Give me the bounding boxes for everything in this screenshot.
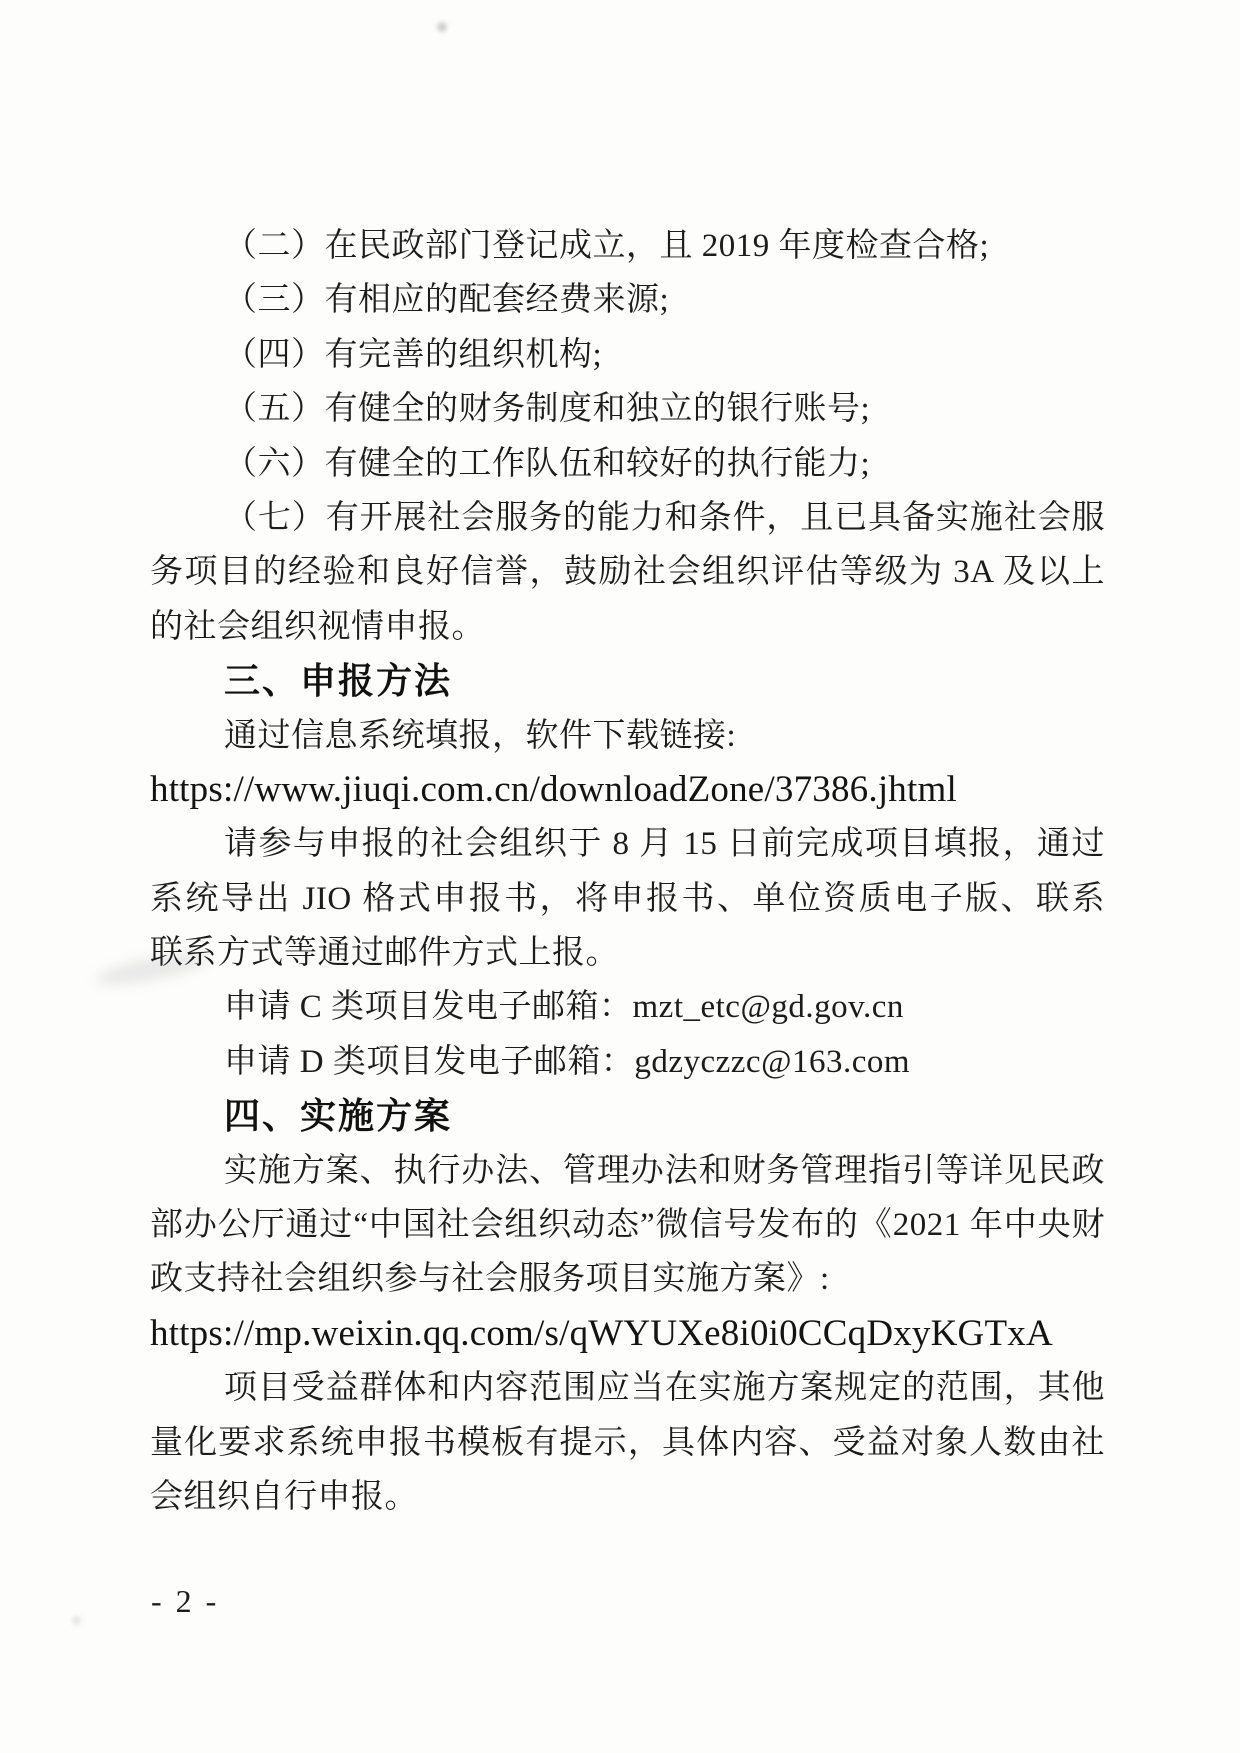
text-line: 的社会组织视情申报。 [150,600,1105,654]
page-number: - 2 - [151,1583,219,1619]
text-line: 申请 C 类项目发电子邮箱：mzt_etc@gd.gov.cn [150,980,1105,1034]
text-line: 系统导出 JIO 格式申报书，将申报书、单位资质电子版、联系人、 [150,872,1105,926]
url-line: https://mp.weixin.qq.com/s/qWYUXe8i0i0CC… [150,1307,1105,1361]
scan-artifact-dot [437,22,447,32]
scanned-document-page: （二）在民政部门登记成立，且 2019 年度检查合格;（三）有相应的配套经费来源… [0,0,1240,1753]
text-line: 项目受益群体和内容范围应当在实施方案规定的范围，其他 [150,1361,1105,1415]
text-line: （三）有相应的配套经费来源; [150,273,1105,327]
text-line: 会组织自行申报。 [150,1470,1105,1524]
text-line: 请参与申报的社会组织于 8 月 15 日前完成项目填报，通过 [150,817,1105,871]
text-line: 政支持社会组织参与社会服务项目实施方案》: [150,1252,1105,1306]
text-line: （二）在民政部门登记成立，且 2019 年度检查合格; [150,219,1105,273]
text-line: 务项目的经验和良好信誉，鼓励社会组织评估等级为 3A 及以上 [150,545,1105,599]
scan-artifact-dot [72,1616,81,1625]
text-line: （七）有开展社会服务的能力和条件，且已具备实施社会服 [150,491,1105,545]
url-line: https://www.jiuqi.com.cn/downloadZone/37… [150,763,1105,817]
text-line: （五）有健全的财务制度和独立的银行账号; [150,382,1105,436]
text-line: 实施方案、执行办法、管理办法和财务管理指引等详见民政 [150,1144,1105,1198]
text-line: （四）有完善的组织机构; [150,328,1105,382]
document-text-block: （二）在民政部门登记成立，且 2019 年度检查合格;（三）有相应的配套经费来源… [150,219,1105,1524]
text-line: 申请 D 类项目发电子邮箱：gdzyczzc@163.com [150,1035,1105,1089]
text-line: 联系方式等通过邮件方式上报。 [150,926,1105,980]
text-line: 部办公厅通过“中国社会组织动态”微信号发布的《2021 年中央财 [150,1198,1105,1252]
text-line: （六）有健全的工作队伍和较好的执行能力; [150,437,1105,491]
text-line: 通过信息系统填报，软件下载链接: [150,709,1105,763]
section-heading: 四、实施方案 [150,1089,1105,1143]
section-heading: 三、申报方法 [150,654,1105,708]
text-line: 量化要求系统申报书模板有提示，具体内容、受益对象人数由社 [150,1416,1105,1470]
